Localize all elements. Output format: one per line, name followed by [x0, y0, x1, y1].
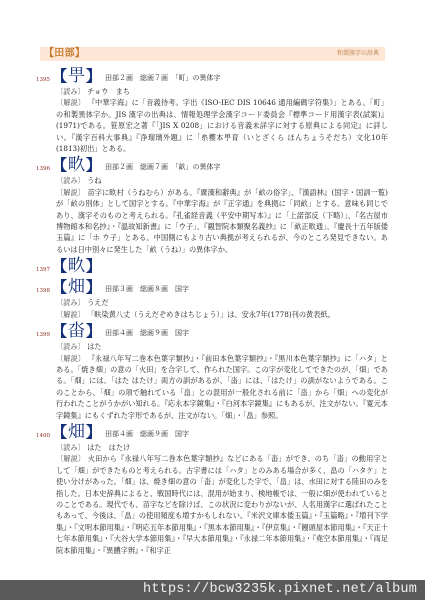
entry-meta: 田部２画 総画７画 「畝」の異体字 [105, 162, 221, 172]
reading-value: はた [87, 342, 101, 351]
reading-line: 〔読み〕 はた [56, 341, 388, 352]
entry-meta: 田部３画 総画８画 国字 [105, 284, 189, 294]
reading-value: チョウ まち [87, 87, 130, 96]
section-header-bar [40, 47, 385, 61]
entry-number: 1397 [36, 267, 52, 273]
reading-line: 〔読み〕 はた はたけ [56, 442, 388, 453]
explanation-text: 『中華字海』に「音義待考。字出《ISO-IEC DIS 10646 通用編碼字符… [56, 98, 388, 153]
explanation-line: 〔解説〕 『永禄八年写二巻本色葉字類抄』・『前田本色葉字類抄』・『黒川本色葉字類… [56, 353, 388, 421]
explanation-line: 〔解説〕 苗字に畂村（うねむら）がある。『廣漢和辭典』が「畝の俗字」、『漢語林』… [56, 187, 388, 255]
entry-headword: 1396 【畂】 田部２画 総画７画 「畝」の異体字 [36, 155, 388, 175]
explanation-text: 「畉染黄八丈（うえだぞめきはちじょう）」は、安永7年(1778)刊の黄表紙。 [87, 310, 335, 319]
bracket-open: 【 [52, 277, 67, 297]
bracket-close: 】 [86, 321, 101, 341]
reading-label: 〔読み〕 [56, 176, 85, 185]
entry-number: 1398 [36, 288, 52, 294]
dictionary-entry: 1396 【畂】 田部２画 総画７画 「畝」の異体字 〔読み〕 うね 〔解説〕 … [36, 155, 388, 255]
reading-label: 〔読み〕 [56, 298, 85, 307]
dictionary-entry: 1400 【畑】 田部４画 総画９画 国字 〔読み〕 はた はたけ 〔解説〕 火… [36, 422, 388, 556]
reading-line: 〔読み〕 チョウ まち [56, 86, 388, 97]
entry-number: 1400 [36, 433, 52, 439]
entry-number: 1395 [36, 77, 52, 83]
bracket-open: 【 [52, 256, 67, 276]
headword-kanji: 畓 [67, 321, 86, 341]
entry-number: 1396 [36, 166, 52, 172]
explanation-text: 苗字に畂村（うねむら）がある。『廣漢和辭典』が「畝の俗字」、『漢語林』(国字・国… [56, 188, 388, 254]
reading-label: 〔読み〕 [56, 443, 85, 452]
bracket-open: 【 [52, 155, 67, 175]
section-title: 【田部】 [44, 46, 85, 62]
headword-kanji: 畑 [67, 277, 86, 297]
reading-value: うね [87, 176, 101, 185]
bracket-close: 】 [86, 277, 101, 297]
watermark-url: https://bcw3235k.pixnet.net/album [143, 580, 417, 600]
entry-meta: 田部４画 総画９画 国字 [105, 429, 189, 439]
entry-body: 〔読み〕 はた 〔解説〕 『永禄八年写二巻本色葉字類抄』・『前田本色葉字類抄』・… [56, 341, 388, 421]
reading-label: 〔読み〕 [56, 342, 85, 351]
reading-value: うえだ [87, 298, 109, 307]
entry-headword: 1398 【畑】 田部３画 総画８画 国字 [36, 277, 388, 297]
entry-meta: 田部２画 総画７画 「町」の異体字 [105, 73, 221, 83]
explanation-line: 〔解説〕 『中華字海』に「音義待考。字出《ISO-IEC DIS 10646 通… [56, 97, 388, 154]
headword-kanji: 畂 [67, 256, 86, 276]
reading-label: 〔読み〕 [56, 87, 85, 96]
explanation-text: 『永禄八年写二巻本色葉字類抄』・『前田本色葉字類抄』・『黒川本色葉字類抄』に「ハ… [56, 354, 388, 420]
bracket-close: 】 [86, 155, 101, 175]
entry-body: 〔読み〕 チョウ まち 〔解説〕 『中華字海』に「音義待考。字出《ISO-IEC… [56, 86, 388, 154]
reading-line: 〔読み〕 うえだ [56, 297, 388, 308]
explanation-label: 〔解説〕 [56, 98, 85, 107]
headword-kanji: 畂 [67, 155, 86, 175]
entry-headword: 1400 【畑】 田部４画 総画９画 国字 [36, 422, 388, 442]
reading-value: はた はたけ [87, 443, 130, 452]
dictionary-entry: 1399 【畓】 田部４画 総画９画 国字 〔読み〕 はた 〔解説〕 『永禄八年… [36, 321, 388, 421]
explanation-line: 〔解説〕 火田から『永禄八年写二巻本色葉字類抄』などにある「畓」ができ、のち「畓… [56, 453, 388, 556]
explanation-label: 〔解説〕 [56, 188, 85, 197]
entry-body: 〔読み〕 うえだ 〔解説〕 「畉染黄八丈（うえだぞめきはちじょう）」は、安永7年… [56, 297, 388, 320]
bracket-close: 】 [86, 422, 101, 442]
explanation-label: 〔解説〕 [56, 454, 85, 463]
dictionary-entry: 1398 【畑】 田部３画 総画８画 国字 〔読み〕 うえだ 〔解説〕 「畉染黄… [36, 277, 388, 320]
headword-kanji: 甼 [67, 66, 86, 86]
explanation-label: 〔解説〕 [56, 310, 85, 319]
book-title: 和製漢字の辞典 [337, 48, 379, 60]
dictionary-entry: 1397 【畂】 [36, 256, 388, 276]
explanation-label: 〔解説〕 [56, 354, 85, 363]
bracket-open: 【 [52, 321, 67, 341]
reading-line: 〔読み〕 うね [56, 175, 388, 186]
watermark-bar: https://bcw3235k.pixnet.net/album [0, 580, 425, 600]
entry-headword: 1397 【畂】 [36, 256, 388, 276]
entry-body: 〔読み〕 うね 〔解説〕 苗字に畂村（うねむら）がある。『廣漢和辭典』が「畝の俗… [56, 175, 388, 255]
entry-headword: 1399 【畓】 田部４画 総画９画 国字 [36, 321, 388, 341]
bracket-open: 【 [52, 66, 67, 86]
entry-headword: 1395 【甼】 田部２画 総画７画 「町」の異体字 [36, 66, 388, 86]
dictionary-entry: 1395 【甼】 田部２画 総画７画 「町」の異体字 〔読み〕 チョウ まち 〔… [36, 66, 388, 154]
entry-meta: 田部４画 総画９画 国字 [105, 328, 189, 338]
explanation-line: 〔解説〕 「畉染黄八丈（うえだぞめきはちじょう）」は、安永7年(1778)刊の黄… [56, 309, 388, 320]
headword-kanji: 畑 [67, 422, 86, 442]
explanation-text: 火田から『永禄八年写二巻本色葉字類抄』などにある「畓」ができ、のち「畓」の動用字… [56, 454, 388, 554]
bracket-open: 【 [52, 422, 67, 442]
bracket-close: 】 [86, 66, 101, 86]
bracket-close: 】 [86, 256, 101, 276]
dictionary-entries: 1395 【甼】 田部２画 総画７画 「町」の異体字 〔読み〕 チョウ まち 〔… [36, 66, 388, 557]
entry-number: 1399 [36, 332, 52, 338]
entry-body: 〔読み〕 はた はたけ 〔解説〕 火田から『永禄八年写二巻本色葉字類抄』などにあ… [56, 442, 388, 556]
